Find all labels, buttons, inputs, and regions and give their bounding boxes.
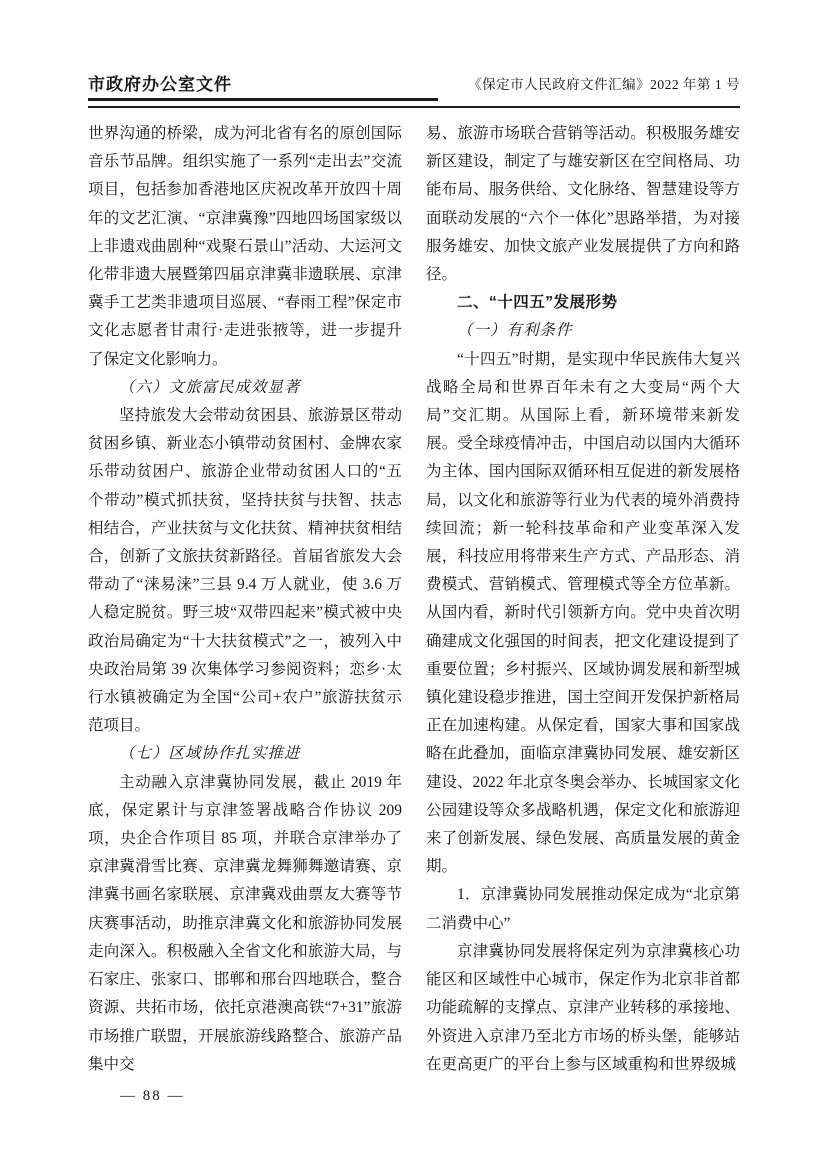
document-page: 市政府办公室文件 《保定市人民政府文件汇编》2022 年第 1 号 世界沟通的桥… [0,0,816,1161]
document-body: 世界沟通的桥梁，成为河北省有名的原创国际音乐节品牌。组织实施了一系列“走出去”交… [88,120,740,1079]
right-column: 易、旅游市场联合营销等活动。积极服务雄安新区建设，制定了与雄安新区在空间格局、功… [426,120,740,1079]
left-column: 世界沟通的桥梁，成为河北省有名的原创国际音乐节品牌。组织实施了一系列“走出去”交… [88,120,402,1079]
paragraph-continuation: 世界沟通的桥梁，成为河北省有名的原创国际音乐节品牌。组织实施了一系列“走出去”交… [88,120,402,374]
section-heading-6: （六）文旅富民成效显著 [88,374,402,402]
page-number: — 88 — [120,1088,185,1104]
paragraph: 坚持旅发大会带动贫困县、旅游景区带动贫困乡镇、新业态小镇带动贫困村、金牌农家乐带… [88,402,402,740]
paragraph-continuation: 易、旅游市场联合营销等活动。积极服务雄安新区建设，制定了与雄安新区在空间格局、功… [426,120,740,289]
section-heading-7: （七）区域协作扎实推进 [88,740,402,768]
paragraph: “十四五”时期，是实现中华民族伟大复兴战略全局和世界百年未有之大变局“两个大局”… [426,346,740,882]
header-divider-rule [88,106,740,108]
header-row: 市政府办公室文件 《保定市人民政府文件汇编》2022 年第 1 号 [88,74,740,96]
header-title-underline [88,98,438,101]
chapter-heading-2: 二、“十四五”发展形势 [426,289,740,317]
page-header: 市政府办公室文件 《保定市人民政府文件汇编》2022 年第 1 号 [88,74,740,108]
paragraph: 京津冀协同发展将保定列为京津冀核心功能区和区域性中心城市，保定作为北京非首都功能… [426,938,740,1079]
numbered-heading-1: 1．京津冀协同发展推动保定成为“北京第二消费中心” [426,881,740,937]
header-publication-title: 《保定市人民政府文件汇编》2022 年第 1 号 [468,75,740,96]
paragraph: 主动融入京津冀协同发展，截止 2019 年底，保定累计与京津签署战略合作协议 2… [88,769,402,1079]
header-doc-category: 市政府办公室文件 [88,74,232,96]
page-footer: — 88 — [88,1088,740,1105]
subsection-heading-1: （一）有利条件 [426,317,740,345]
